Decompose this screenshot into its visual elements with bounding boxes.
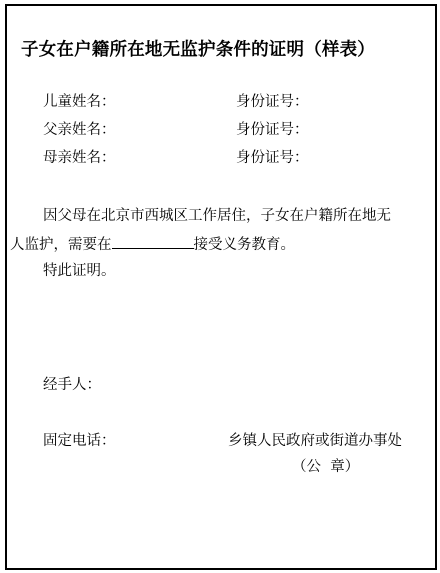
issuer-label: 乡镇人民政府或街道办事处: [228, 432, 402, 450]
child-name-label: 儿童姓名：: [43, 93, 116, 111]
school-blank-field[interactable]: [112, 234, 194, 249]
body-line-2-suffix: 接受义务教育。: [194, 237, 296, 253]
child-id-label: 身份证号：: [236, 93, 309, 111]
mother-name-label: 母亲姓名：: [43, 149, 116, 167]
father-name-label: 父亲姓名：: [43, 121, 116, 139]
body-line-2: 人监护，需要在接受义务教育。: [10, 234, 295, 254]
document-frame: [5, 4, 437, 570]
mother-id-label: 身份证号：: [236, 149, 309, 167]
official-seal-label: （公 章）: [292, 458, 359, 476]
document-title: 子女在户籍所在地无监护条件的证明（样表）: [21, 36, 375, 61]
father-id-label: 身份证号：: [236, 121, 309, 139]
closing-statement: 特此证明。: [43, 262, 116, 280]
body-line-2-prefix: 人监护，需要在: [10, 237, 112, 253]
phone-label: 固定电话：: [43, 432, 116, 450]
handler-label: 经手人：: [43, 376, 101, 394]
body-line-1: 因父母在北京市西城区工作居住，子女在户籍所在地无: [43, 207, 391, 225]
